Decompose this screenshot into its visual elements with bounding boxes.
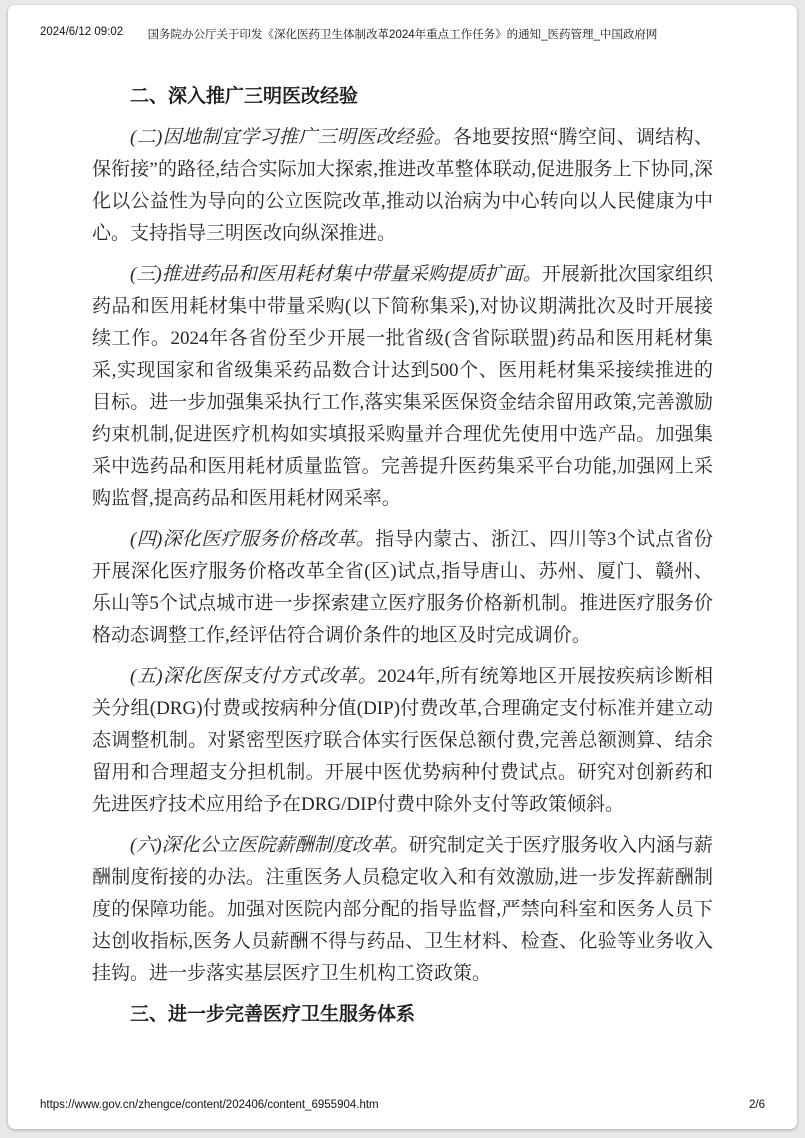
paragraph-text: 开展新批次国家组织药品和医用耗材集中带量采购(以下简称集采),对协议期满批次及时…: [92, 264, 713, 509]
print-page: 2024/6/12 09:02 国务院办公厅关于印发《深化医药卫生体制改革202…: [8, 5, 797, 1129]
source-url: https://www.gov.cn/zhengce/content/20240…: [40, 1099, 379, 1111]
paragraph-text: 2024年,所有统筹地区开展按疾病诊断相关分组(DRG)付费或按病种分值(DIP…: [92, 666, 713, 815]
print-footer: https://www.gov.cn/zhengce/content/20240…: [40, 1099, 765, 1111]
paragraph-lead: (二)因地制宜学习推广三明医改经验。: [130, 127, 453, 148]
paragraph-lead: (六)深化公立医院薪酬制度改革。: [130, 835, 409, 856]
paragraph: (四)深化医疗服务价格改革。指导内蒙古、浙江、四川等3个试点省份开展深化医疗服务…: [92, 524, 713, 652]
document-title: 国务院办公厅关于印发《深化医药卫生体制改革2024年重点工作任务》的通知_医药管…: [40, 26, 765, 42]
paragraph-lead: (四)深化医疗服务价格改革。: [130, 529, 375, 550]
section-heading-3: 三、进一步完善医疗卫生服务体系: [92, 999, 713, 1031]
paragraph-lead: (五)深化医保支付方式改革。: [130, 666, 377, 687]
paragraph-lead: (三)推进药品和医用耗材集中带量采购提质扩面。: [130, 264, 542, 285]
paragraph: (六)深化公立医院薪酬制度改革。研究制定关于医疗服务收入内涵与薪酬制度衔接的办法…: [92, 830, 713, 990]
paragraph-text: 研究制定关于医疗服务收入内涵与薪酬制度衔接的办法。注重医务人员稳定收入和有效激励…: [92, 835, 713, 984]
page-number: 2/6: [749, 1099, 765, 1111]
print-header: 2024/6/12 09:02 国务院办公厅关于印发《深化医药卫生体制改革202…: [40, 26, 765, 42]
print-datetime: 2024/6/12 09:02: [40, 26, 123, 38]
paragraph: (二)因地制宜学习推广三明医改经验。各地要按照“腾空间、调结构、保衔接”的路径,…: [92, 122, 713, 250]
paragraph: (三)推进药品和医用耗材集中带量采购提质扩面。开展新批次国家组织药品和医用耗材集…: [92, 259, 713, 515]
document-body: 二、深入推广三明医改经验 (二)因地制宜学习推广三明医改经验。各地要按照“腾空间…: [92, 81, 713, 1040]
section-heading-2: 二、深入推广三明医改经验: [92, 81, 713, 113]
paragraph: (五)深化医保支付方式改革。2024年,所有统筹地区开展按疾病诊断相关分组(DR…: [92, 661, 713, 821]
